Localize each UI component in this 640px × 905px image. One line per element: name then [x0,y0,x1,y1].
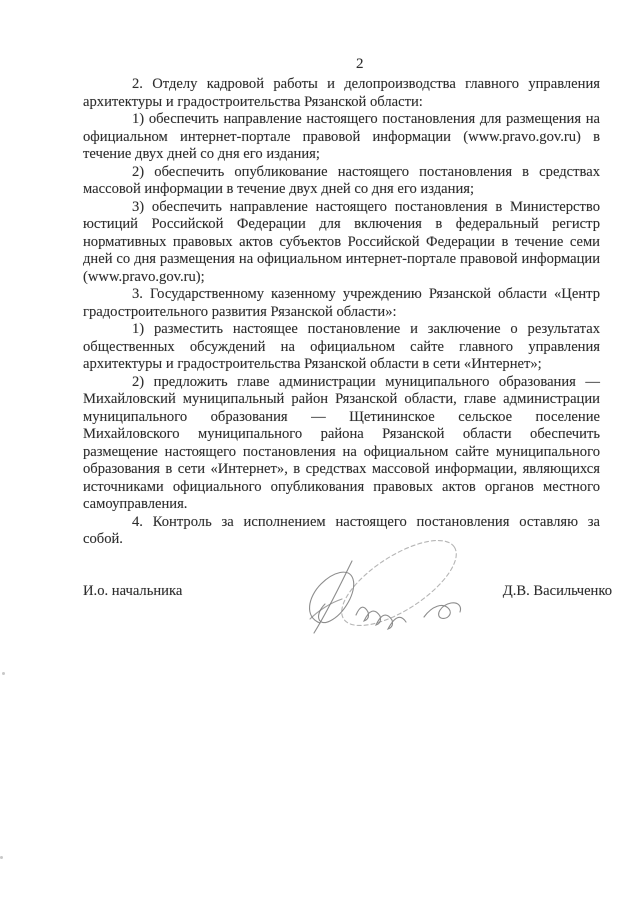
page-number: 2 [356,57,364,72]
paragraph-2-sub2: 2) обеспечить опубликование настоящего п… [83,164,600,199]
scan-speck [2,672,5,675]
paragraph-2-sub3: 3) обеспечить направление настоящего пос… [83,199,600,287]
paragraph-3-sub1: 1) разместить настоящее постановление и … [83,321,600,374]
paragraph-3-intro: 3. Государственному казенному учреждению… [83,286,600,321]
paragraph-3-sub2: 2) предложить главе администрации муници… [83,374,600,514]
signer-name-label: Д.В. Васильченко [503,583,612,601]
signer-position-label: И.о. начальника [83,583,182,601]
scanned-document-page: 2 2. Отделу кадровой работы и делопроизв… [0,0,640,905]
paragraph-2-intro: 2. Отделу кадровой работы и делопроизвод… [83,76,600,111]
document-body: 2. Отделу кадровой работы и делопроизвод… [83,76,600,549]
paragraph-2-sub1: 1) обеспечить направление настоящего пос… [83,111,600,164]
handwritten-signature-icon [300,523,470,637]
scan-speck [0,856,3,859]
